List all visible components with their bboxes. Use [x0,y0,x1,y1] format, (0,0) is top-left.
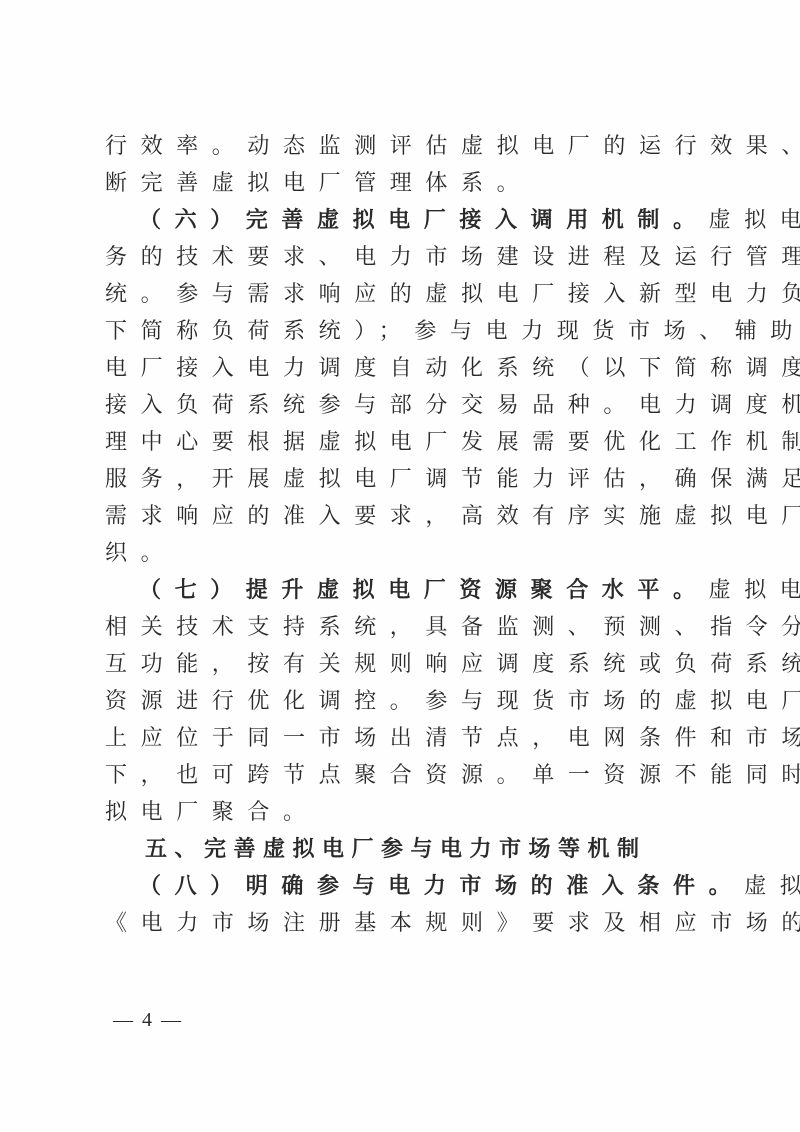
text-line: 断完善虚拟电厂管理体系。 [105,165,695,202]
chapter-5-heading: 五、完善虚拟电厂参与电力市场等机制 [105,831,695,868]
section-8-title: （八）明确参与电力市场的准入条件。 [139,873,744,899]
text-line: 相关技术支持系统，具备监测、预测、指令分解执行等信息交 [105,609,695,646]
text-line: 下简称负荷系统）；参与电力现货市场、辅助服务市场的虚拟 [105,313,695,350]
document-page: 行效率。动态监测评估虚拟电厂的运行效果、发展趋势等，不 断完善虚拟电厂管理体系。… [0,0,800,1132]
text-line: 服务，开展虚拟电厂调节能力评估，确保满足参与电力市场或 [105,461,695,498]
text-line: 资源进行优化调控。参与现货市场的虚拟电厂所聚合资源原则 [105,683,695,720]
text-line: 理中心要根据虚拟电厂发展需要优化工作机制，做好系统接入 [105,424,695,461]
section-6-title: （六）完善虚拟电厂接入调用机制。 [139,207,709,233]
section-6-first-line: （六）完善虚拟电厂接入调用机制。虚拟电厂根据参与业 [105,202,695,239]
text-line: 拟电厂聚合。 [105,794,695,831]
section-8-text: 虚拟电厂在满足 [744,874,800,899]
text-line: 下，也可跨节点聚合资源。单一资源不能同时被两个及以上虚 [105,757,695,794]
text-line: 接入负荷系统参与部分交易品种。电力调度机构或电力负荷管 [105,387,695,424]
section-7-first-line: （七）提升虚拟电厂资源聚合水平。虚拟电厂运营商建立 [105,572,695,609]
text-line: 织。 [105,535,695,572]
text-line: 统。参与需求响应的虚拟电厂接入新型电力负荷管理系统（以 [105,276,695,313]
text-line: 上应位于同一市场出清节点，电网条件和市场规则允许的情况 [105,720,695,757]
section-6-text: 虚拟电厂根据参与业 [709,208,800,233]
text-line: 务的技术要求、电力市场建设进程及运行管理需要接入相应系 [105,239,695,276]
page-number: — 4 — [113,1009,183,1032]
text-line: 《电力市场注册基本规则》要求及相应市场的准入要求后，可 [105,905,695,942]
section-7-text: 虚拟电厂运营商建立 [709,578,800,603]
section-7-title: （七）提升虚拟电厂资源聚合水平。 [139,577,709,603]
body-text: 行效率。动态监测评估虚拟电厂的运行效果、发展趋势等，不 断完善虚拟电厂管理体系。… [105,128,695,942]
text-line: 需求响应的准入要求，高效有序实施虚拟电厂调用或资源组 [105,498,695,535]
text-line: 电厂接入电力调度自动化系统（以下简称调度系统），或通过 [105,350,695,387]
text-line: 互功能，按有关规则响应调度系统或负荷系统的指令，对聚合 [105,646,695,683]
section-8-first-line: （八）明确参与电力市场的准入条件。虚拟电厂在满足 [105,868,695,905]
text-line: 行效率。动态监测评估虚拟电厂的运行效果、发展趋势等，不 [105,128,695,165]
